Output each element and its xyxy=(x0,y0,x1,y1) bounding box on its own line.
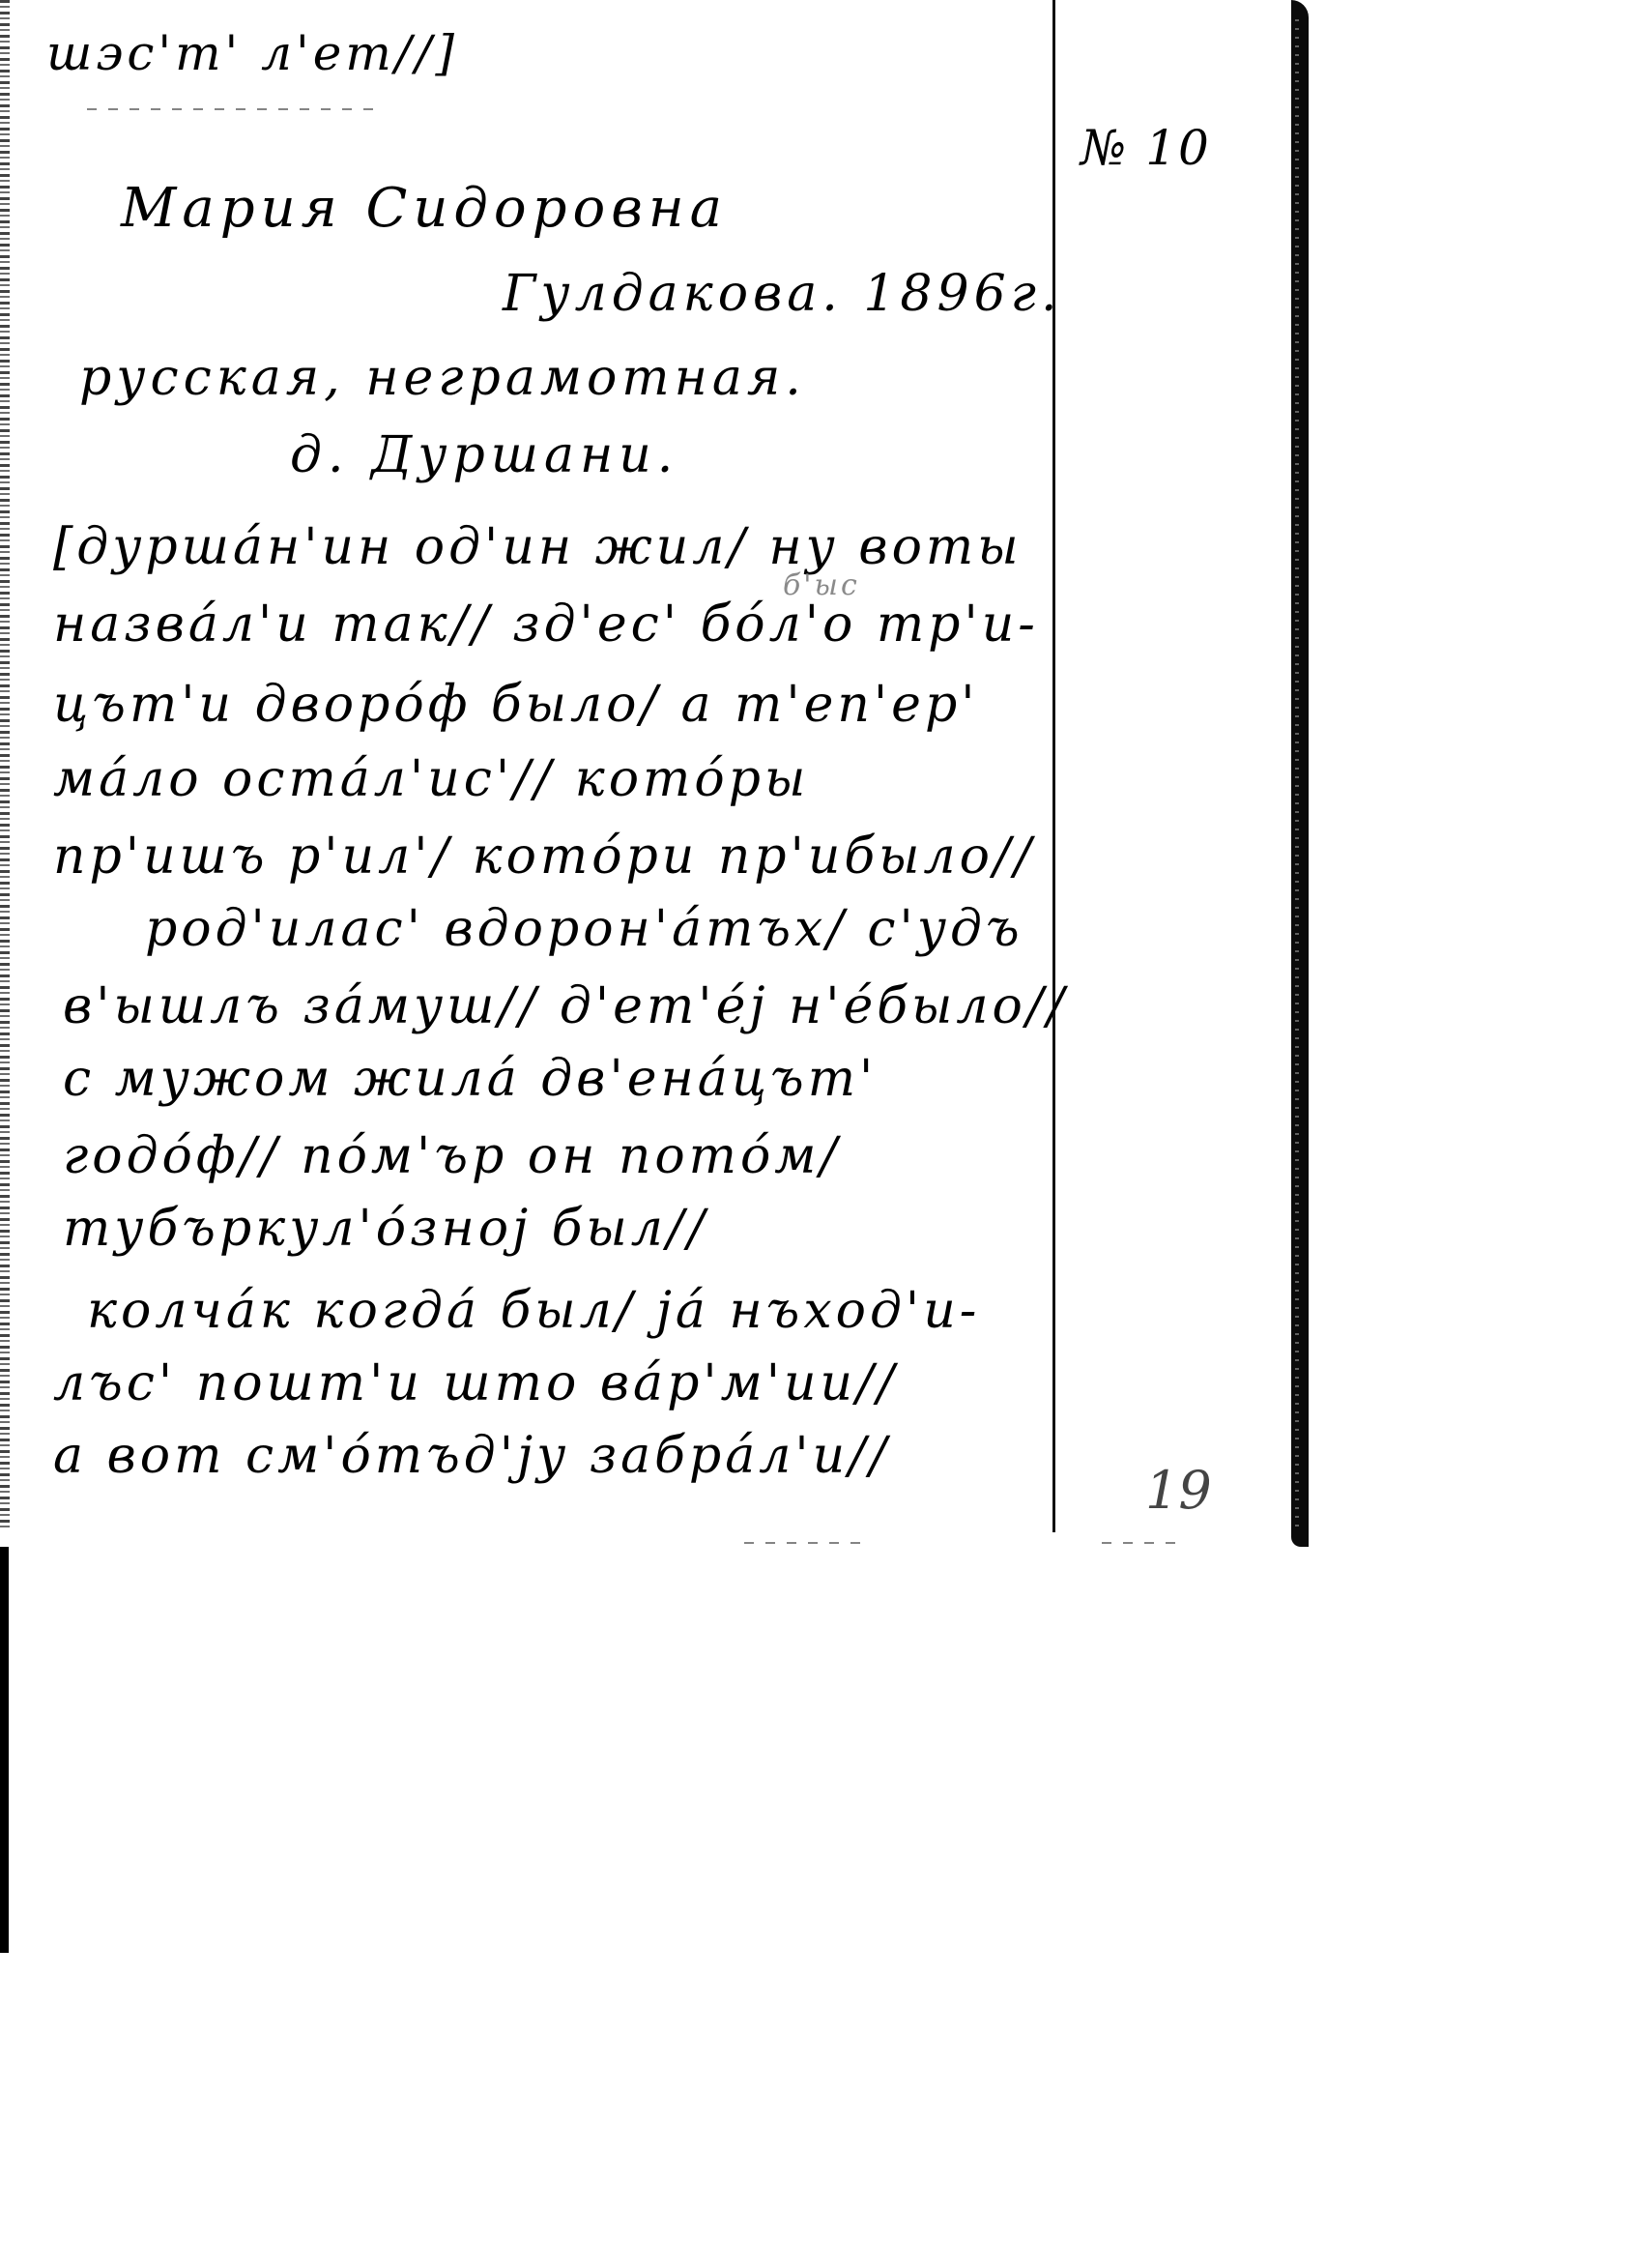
transcript-line-2: назвáл'и так// зд'ес' бóл'о тр'и- xyxy=(53,599,1039,650)
transcript-line-4: мáло остáл'ис'// котóры xyxy=(53,754,809,804)
scan-edge-left-black-bar xyxy=(0,1547,9,1953)
scanned-document-page: шэс'т' л'ет//] № 10 Мария Сидоровна Гулд… xyxy=(0,0,1643,2268)
transcript-line-8: с мужом жилá дв'енáцът' xyxy=(63,1054,877,1104)
record-number: № 10 xyxy=(1081,124,1211,172)
transcript-line-9: годóф// пóм'ър он потóм/ xyxy=(63,1131,841,1181)
transcript-line-10: тубъркул'óзнoj был// xyxy=(63,1204,708,1254)
informant-name-line1: Мария Сидоровна xyxy=(121,182,728,236)
transcript-line-7: в'ышлъ зáмуш// д'ет'éj н'éбыло// xyxy=(63,981,1068,1032)
transcript-line-1: [дуршáн'ин од'ин жил/ ну воты xyxy=(53,522,1023,572)
page-number: 19 xyxy=(1145,1460,1212,1521)
faint-rule xyxy=(744,1542,870,1544)
carryover-line: шэс'т' л'ет//] xyxy=(46,29,458,77)
faint-rule xyxy=(1102,1542,1179,1544)
informant-description: русская, неграмотная. xyxy=(79,353,806,403)
transcript-line-5: пр'ишъ р'ил'/ котóри пр'ибыло// xyxy=(53,831,1035,882)
vertical-margin-line xyxy=(1052,0,1055,1532)
faint-rule xyxy=(87,108,377,110)
transcript-line-3: цът'и дворóф было/ а т'еп'ер' xyxy=(53,680,979,730)
transcript-line-12: лъс' пошт'и што вáр'м'ии// xyxy=(53,1358,898,1409)
transcript-line-6: род'илас' вдорон'áтъх/ с'удъ xyxy=(145,904,1023,954)
informant-village: д. Дуршани. xyxy=(290,430,678,480)
transcript-line-11: колчáк когдá был/ já нъход'и- xyxy=(87,1286,980,1336)
scan-edge-left-speckled xyxy=(0,0,10,1527)
transcript-line-13: а вот см'óтъд'jу забрáл'и// xyxy=(53,1431,890,1481)
notebook-binding-edge xyxy=(1291,0,1309,1547)
informant-name-line2: Гулдакова. 1896г. xyxy=(503,269,1062,319)
